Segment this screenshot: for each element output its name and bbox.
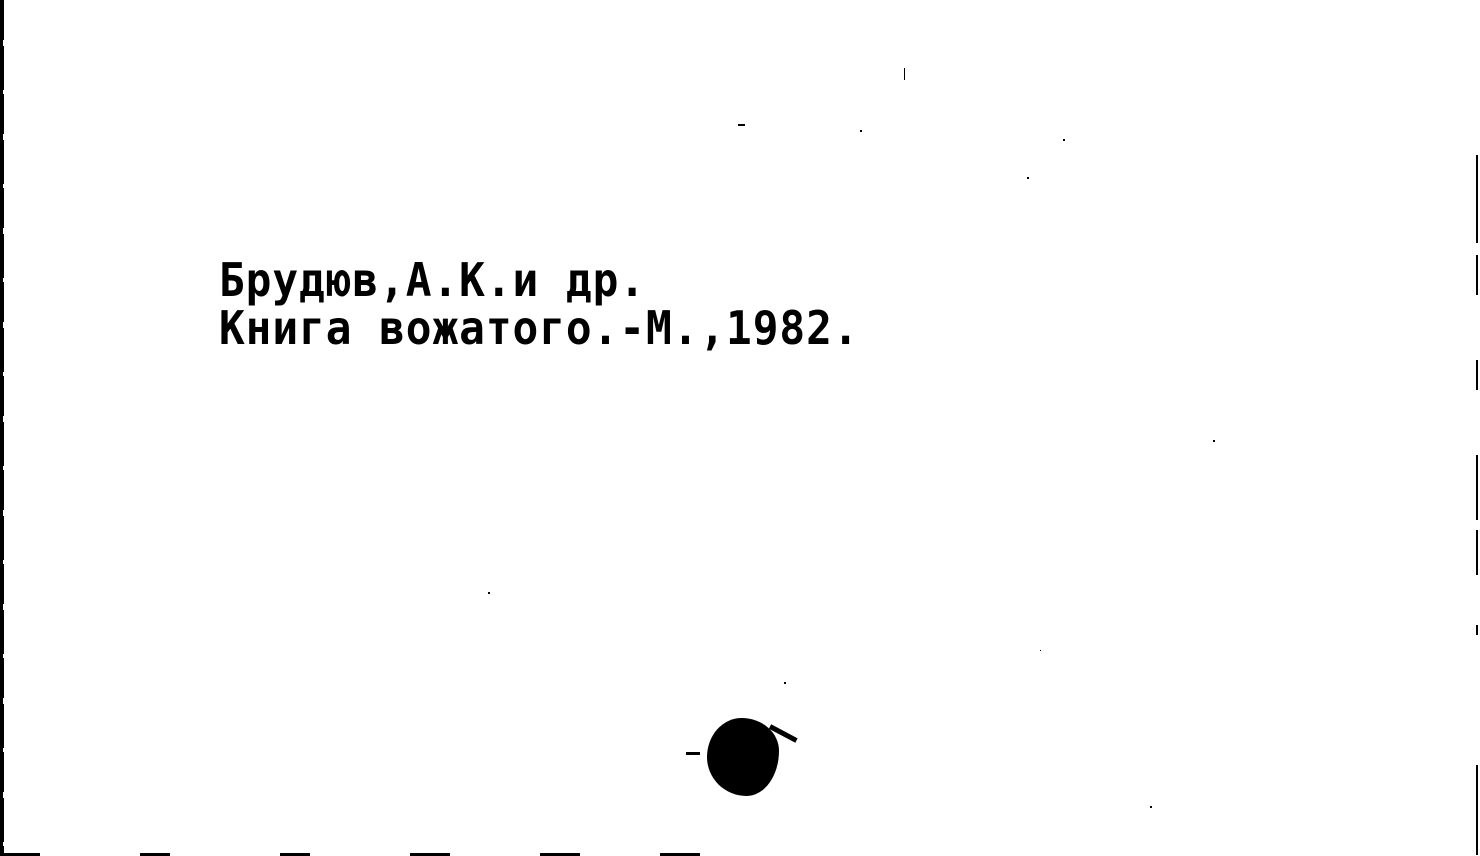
scan-speck: [738, 124, 745, 126]
scan-speck: [1027, 177, 1029, 179]
card-left-edge: [0, 0, 3, 856]
scan-speck: [1150, 806, 1152, 808]
ink-blot-dash: [686, 752, 700, 755]
scan-speck: [1213, 440, 1215, 442]
card-right-edge: [1476, 155, 1478, 855]
ink-blot: [707, 718, 779, 796]
scan-speck: [1063, 139, 1065, 141]
scan-speck: [784, 682, 786, 684]
scan-speck: [1040, 650, 1041, 651]
scan-speck: [904, 68, 905, 80]
author-line: Брудюв,А.К.и др.: [219, 256, 859, 304]
card-entry: Брудюв,А.К.и др. Книга вожатого.-М.,1982…: [219, 256, 859, 352]
catalog-card: Брудюв,А.К.и др. Книга вожатого.-М.,1982…: [0, 0, 1480, 856]
scan-speck: [860, 130, 862, 132]
scan-speck: [488, 592, 490, 594]
title-line: Книга вожатого.-М.,1982.: [219, 304, 859, 352]
